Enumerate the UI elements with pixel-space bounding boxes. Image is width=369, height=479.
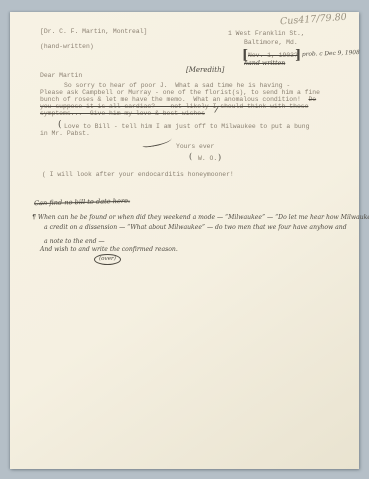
circled-note: (over) <box>94 256 121 262</box>
letter-page: Cus417/79.80 [Dr. C. F. Martin, Montreal… <box>10 12 359 469</box>
struck-handwritten-note: Can find no bill to date here. <box>34 197 130 208</box>
scanned-letter: { "document": { "accession_number": "Cus… <box>0 0 369 479</box>
memo-note-line-1: ¶ When can he be found or when did they … <box>32 214 369 221</box>
salutation: Dear Martin <box>40 72 82 79</box>
accession-number: Cus417/79.80 <box>280 12 347 28</box>
body-line-5-struck: symptoms... Give him my love & best wish… <box>40 110 205 117</box>
body-line-3: bunch of roses & let me have the memo. W… <box>40 96 316 103</box>
closing: Yours ever <box>176 143 214 150</box>
memo-note-line-4: And wish to and write the confirmed reas… <box>40 246 178 253</box>
signature-paren-right: ) <box>218 153 221 162</box>
body-line-7: in Mr. Pabst. <box>40 130 90 137</box>
pen-slash-mark: / <box>214 105 219 115</box>
body-line-3-text: bunch of roses & let me have the memo. W… <box>40 96 308 103</box>
body-line-4-struck: you suppose it is all-cardiac? -- not li… <box>40 103 308 110</box>
pen-swoosh-mark <box>142 136 173 148</box>
signature-paren-left: ( <box>189 152 192 161</box>
name-insertion: [Meredith] <box>186 66 224 74</box>
medium-note: (hand-written) <box>40 43 94 50</box>
circled-note-text: (over) <box>94 254 121 265</box>
addressee-line: [Dr. C. F. Martin, Montreal] <box>40 28 147 35</box>
body-line-6: Love to Bill - tell him I am just off to… <box>64 123 309 130</box>
body-line-2: Please ask Campbell or Murray - one of t… <box>40 89 320 96</box>
date-annotation: prob. c Dec 9, 1908 <box>302 50 360 58</box>
date-struck-1: Nov. 1, 1903? <box>248 52 298 59</box>
pen-brace-mark: ( <box>58 120 62 130</box>
body-line-3-struck: Do <box>308 96 316 103</box>
signature: W. O. <box>198 155 217 162</box>
body-line-1: So sorry to hear of poor J. What a sad t… <box>64 82 290 89</box>
address-line-2: Baltimore, Md. <box>244 39 298 46</box>
memo-note-line-3: a note to the end — <box>44 238 105 245</box>
address-line-1: 1 West Franklin St., <box>228 30 305 37</box>
date-struck-2: hand-written <box>244 60 285 67</box>
memo-note-line-2: a credit on a dissension — “What about M… <box>44 224 347 231</box>
pen-bracket-close: ] <box>295 48 301 63</box>
postscript: ( I will look after your endocarditis ho… <box>42 171 234 178</box>
